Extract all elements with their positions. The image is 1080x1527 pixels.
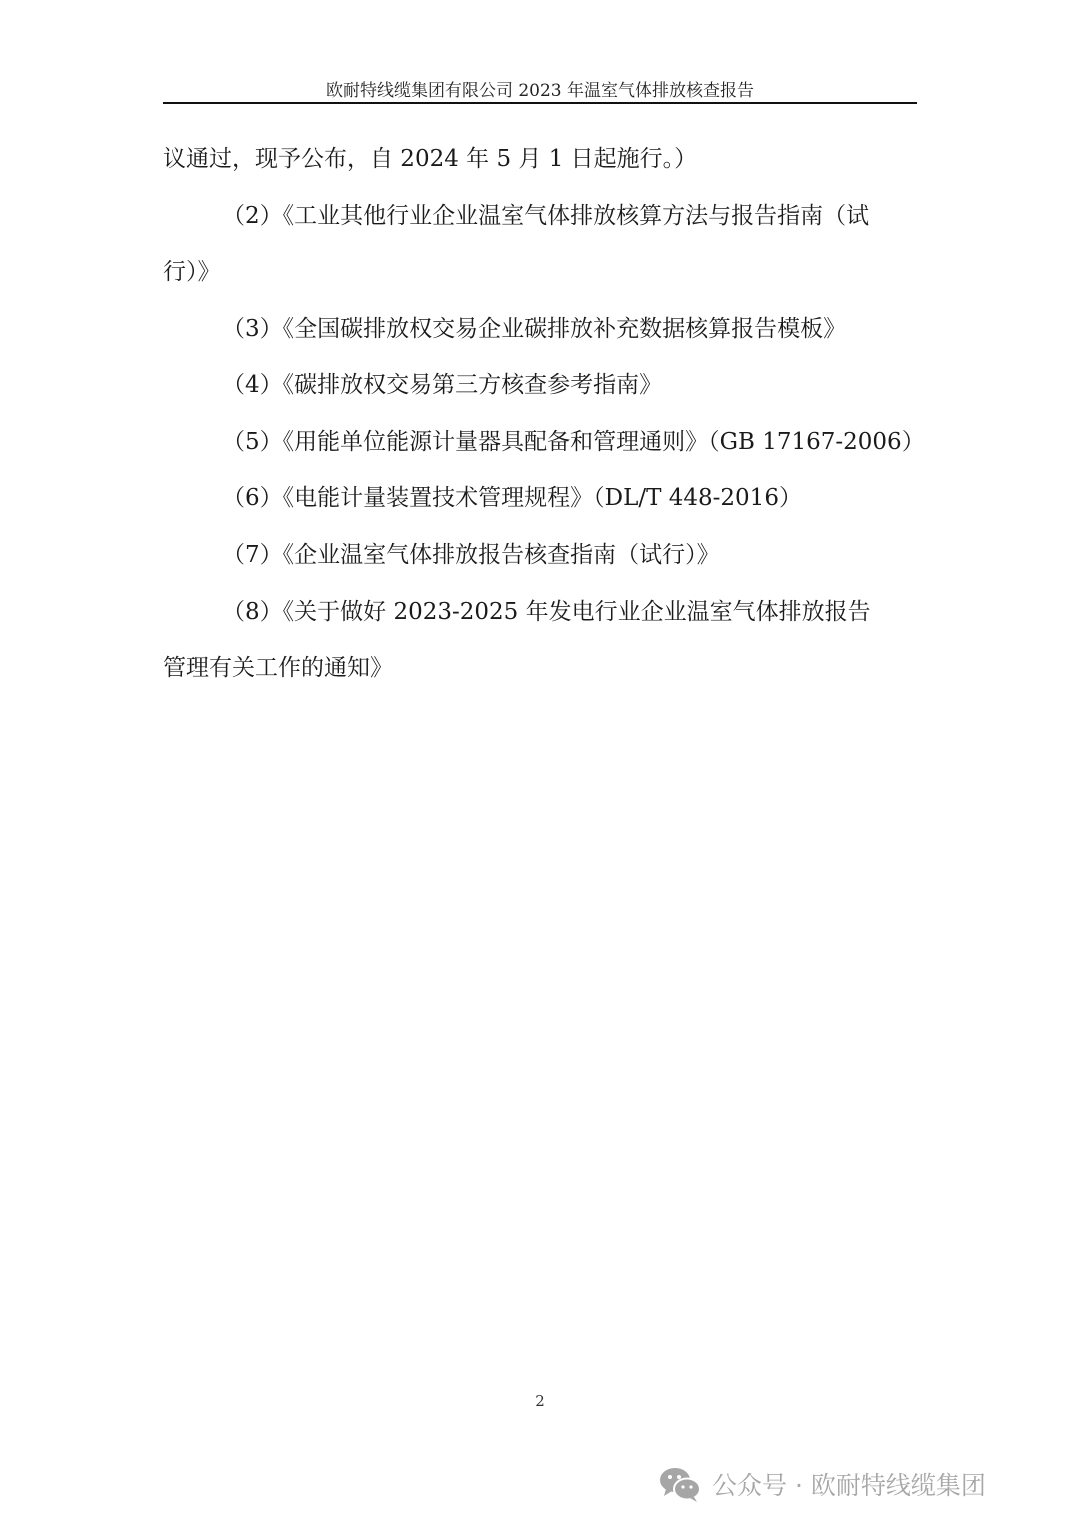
reference-item-8: （8）《关于做好 2023-2025 年发电行业企业温室气体排放报告 — [222, 597, 871, 627]
reference-item-5: （5）《用能单位能源计量器具配备和管理通则》（GB 17167-2006） — [222, 427, 925, 457]
reference-item-8-cont: 管理有关工作的通知》 — [163, 653, 393, 683]
reference-item-6: （6）《电能计量装置技术管理规程》（DL/T 448-2016） — [222, 483, 802, 513]
body-line-continuation: 议通过，现予公布，自 2024 年 5 月 1 日起施行。） — [163, 144, 697, 174]
wechat-watermark: 公众号 · 欧耐特线缆集团 — [658, 1464, 986, 1504]
reference-item-4: （4）《碳排放权交易第三方核查参考指南》 — [222, 370, 662, 400]
reference-item-2-cont: 行）》 — [163, 257, 221, 287]
watermark-text: 公众号 · 欧耐特线缆集团 — [712, 1466, 986, 1502]
page-number: 2 — [0, 1392, 1080, 1410]
report-header-title: 欧耐特线缆集团有限公司 2023 年温室气体排放核查报告 — [163, 76, 917, 101]
wechat-icon — [658, 1464, 702, 1504]
reference-item-2: （2）《工业其他行业企业温室气体排放核算方法与报告指南（试 — [222, 201, 869, 231]
reference-item-3: （3）《全国碳排放权交易企业碳排放补充数据核算报告模板》 — [222, 314, 846, 344]
reference-item-7: （7）《企业温室气体排放报告核查指南（试行）》 — [222, 540, 720, 570]
header-divider — [163, 102, 917, 104]
